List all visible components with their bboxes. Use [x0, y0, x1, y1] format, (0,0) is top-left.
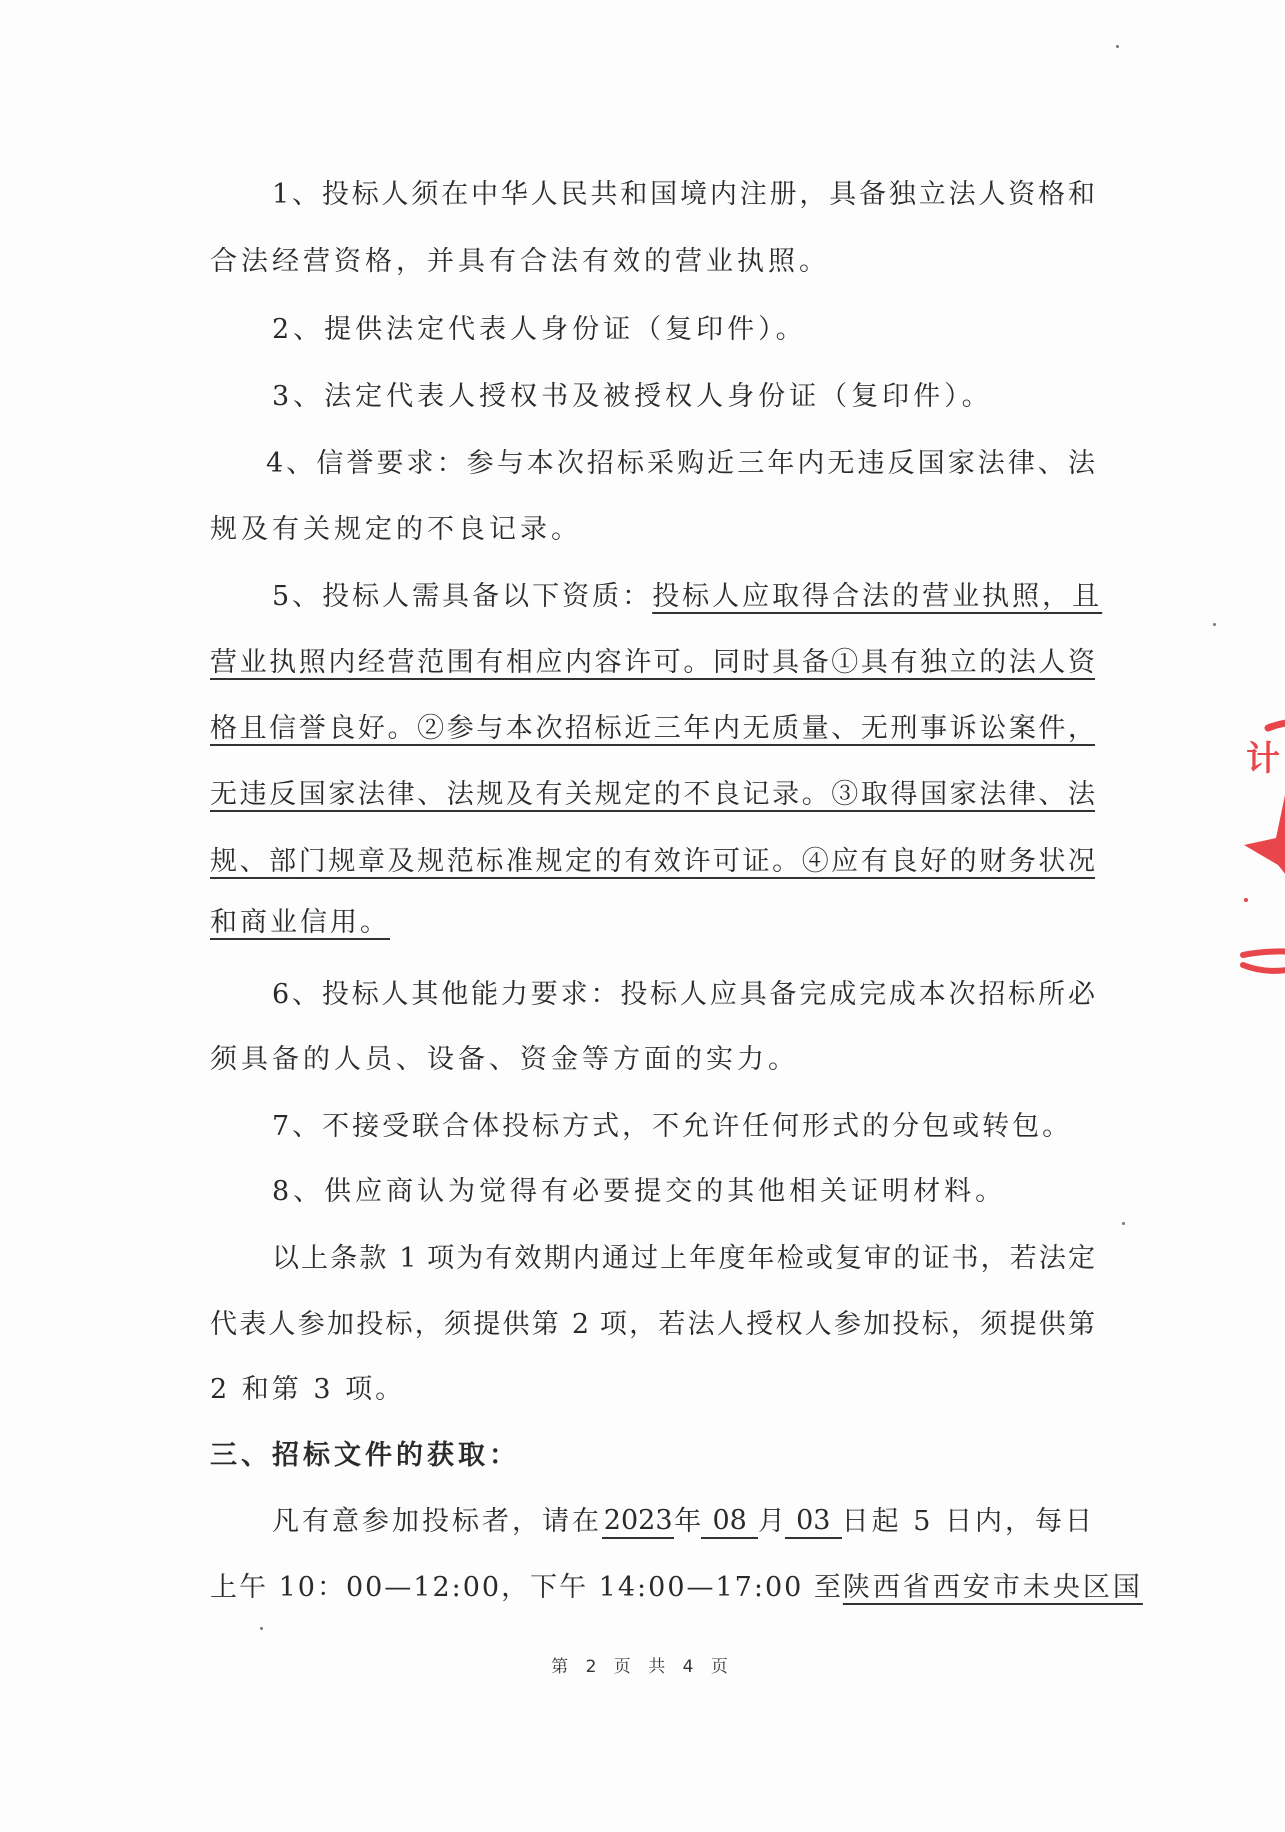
item-4-line-1: 4、信誉要求：参与本次招标采购近三年内无违反国家法律、法 — [266, 444, 1095, 484]
seal-icon: 计 — [1238, 700, 1285, 990]
item-1-line-2: 合法经营资格，并具有合法有效的营业执照。 — [210, 242, 830, 282]
year-field: 2023 — [602, 1505, 674, 1539]
item-5-line-5: 规、部门规章及规范标准规定的有效许可证。④应有良好的财务状况 — [210, 842, 1095, 882]
acquisition-line-1: 凡有意参加投标者，请在 2023 年 08 月 03 日起 5 日内，每日 — [272, 1502, 1095, 1542]
scan-speck — [260, 1627, 263, 1630]
month-field: 08 — [701, 1505, 758, 1539]
location-text: 陕西省西安市未央区国 — [843, 1568, 1143, 1608]
acquisition-intro: 凡有意参加投标者，请在 — [272, 1502, 602, 1542]
scan-speck — [1122, 1222, 1125, 1225]
day-suffix: 日起 5 日内，每日 — [842, 1502, 1095, 1542]
item-5-prefix: 5、投标人需具备以下资质： — [272, 577, 652, 617]
scan-speck — [1116, 45, 1119, 48]
day-field: 03 — [785, 1505, 842, 1539]
item-4-line-2: 规及有关规定的不良记录。 — [210, 510, 582, 550]
item-2: 2、提供法定代表人身份证（复印件）。 — [272, 310, 807, 350]
time-text: 上午 10：00—12:00，下午 14:00—17:00 至 — [210, 1568, 843, 1608]
item-5-line-2: 营业执照内经营范围有相应内容许可。同时具备①具有独立的法人资 — [210, 643, 1095, 683]
item-5-line-1: 5、投标人需具备以下资质： 投标人应取得合法的营业执照，且 — [272, 577, 1095, 617]
note-line-1: 以上条款 1 项为有效期内通过上年度年检或复审的证书，若法定 — [272, 1239, 1095, 1279]
note-line-2: 代表人参加投标，须提供第 2 项，若法人授权人参加投标，须提供第 — [210, 1305, 1095, 1345]
item-8: 8、供应商认为觉得有必要提交的其他相关证明材料。 — [272, 1172, 1006, 1212]
item-5-underlined-text: 投标人应取得合法的营业执照，且 — [652, 577, 1102, 617]
month-unit: 月 — [758, 1502, 785, 1542]
item-6-line-1: 6、投标人其他能力要求：投标人应具备完成完成本次招标所必 — [272, 975, 1095, 1015]
item-6-line-2: 须具备的人员、设备、资金等方面的实力。 — [210, 1040, 799, 1080]
section-heading: 三、招标文件的获取： — [210, 1436, 520, 1476]
year-unit: 年 — [674, 1502, 701, 1542]
item-5-line-4: 无违反国家法律、法规及有关规定的不良记录。③取得国家法律、法 — [210, 775, 1095, 815]
item-1-line-1: 1、投标人须在中华人民共和国境内注册，具备独立法人资格和 — [272, 175, 1095, 215]
scan-speck — [1213, 623, 1216, 626]
svg-text:计: 计 — [1246, 739, 1280, 779]
item-5-line-3: 格且信誉良好。②参与本次招标近三年内无质量、无刑事诉讼案件， — [210, 709, 1095, 749]
item-5-line-6: 和商业信用。 — [210, 903, 390, 943]
official-seal-stamp: 计 — [1238, 700, 1285, 990]
page-number: 第 2 页 共 4 页 — [0, 1652, 1285, 1677]
document-page: 1、投标人须在中华人民共和国境内注册，具备独立法人资格和 合法经营资格，并具有合… — [0, 0, 1285, 1832]
item-3: 3、法定代表人授权书及被授权人身份证（复印件）。 — [272, 377, 993, 417]
acquisition-line-2: 上午 10：00—12:00，下午 14:00—17:00 至 陕西省西安市未央… — [210, 1568, 1095, 1608]
item-7: 7、不接受联合体投标方式，不允许任何形式的分包或转包。 — [272, 1107, 1072, 1147]
note-line-3: 2 和第 3 项。 — [210, 1370, 405, 1410]
